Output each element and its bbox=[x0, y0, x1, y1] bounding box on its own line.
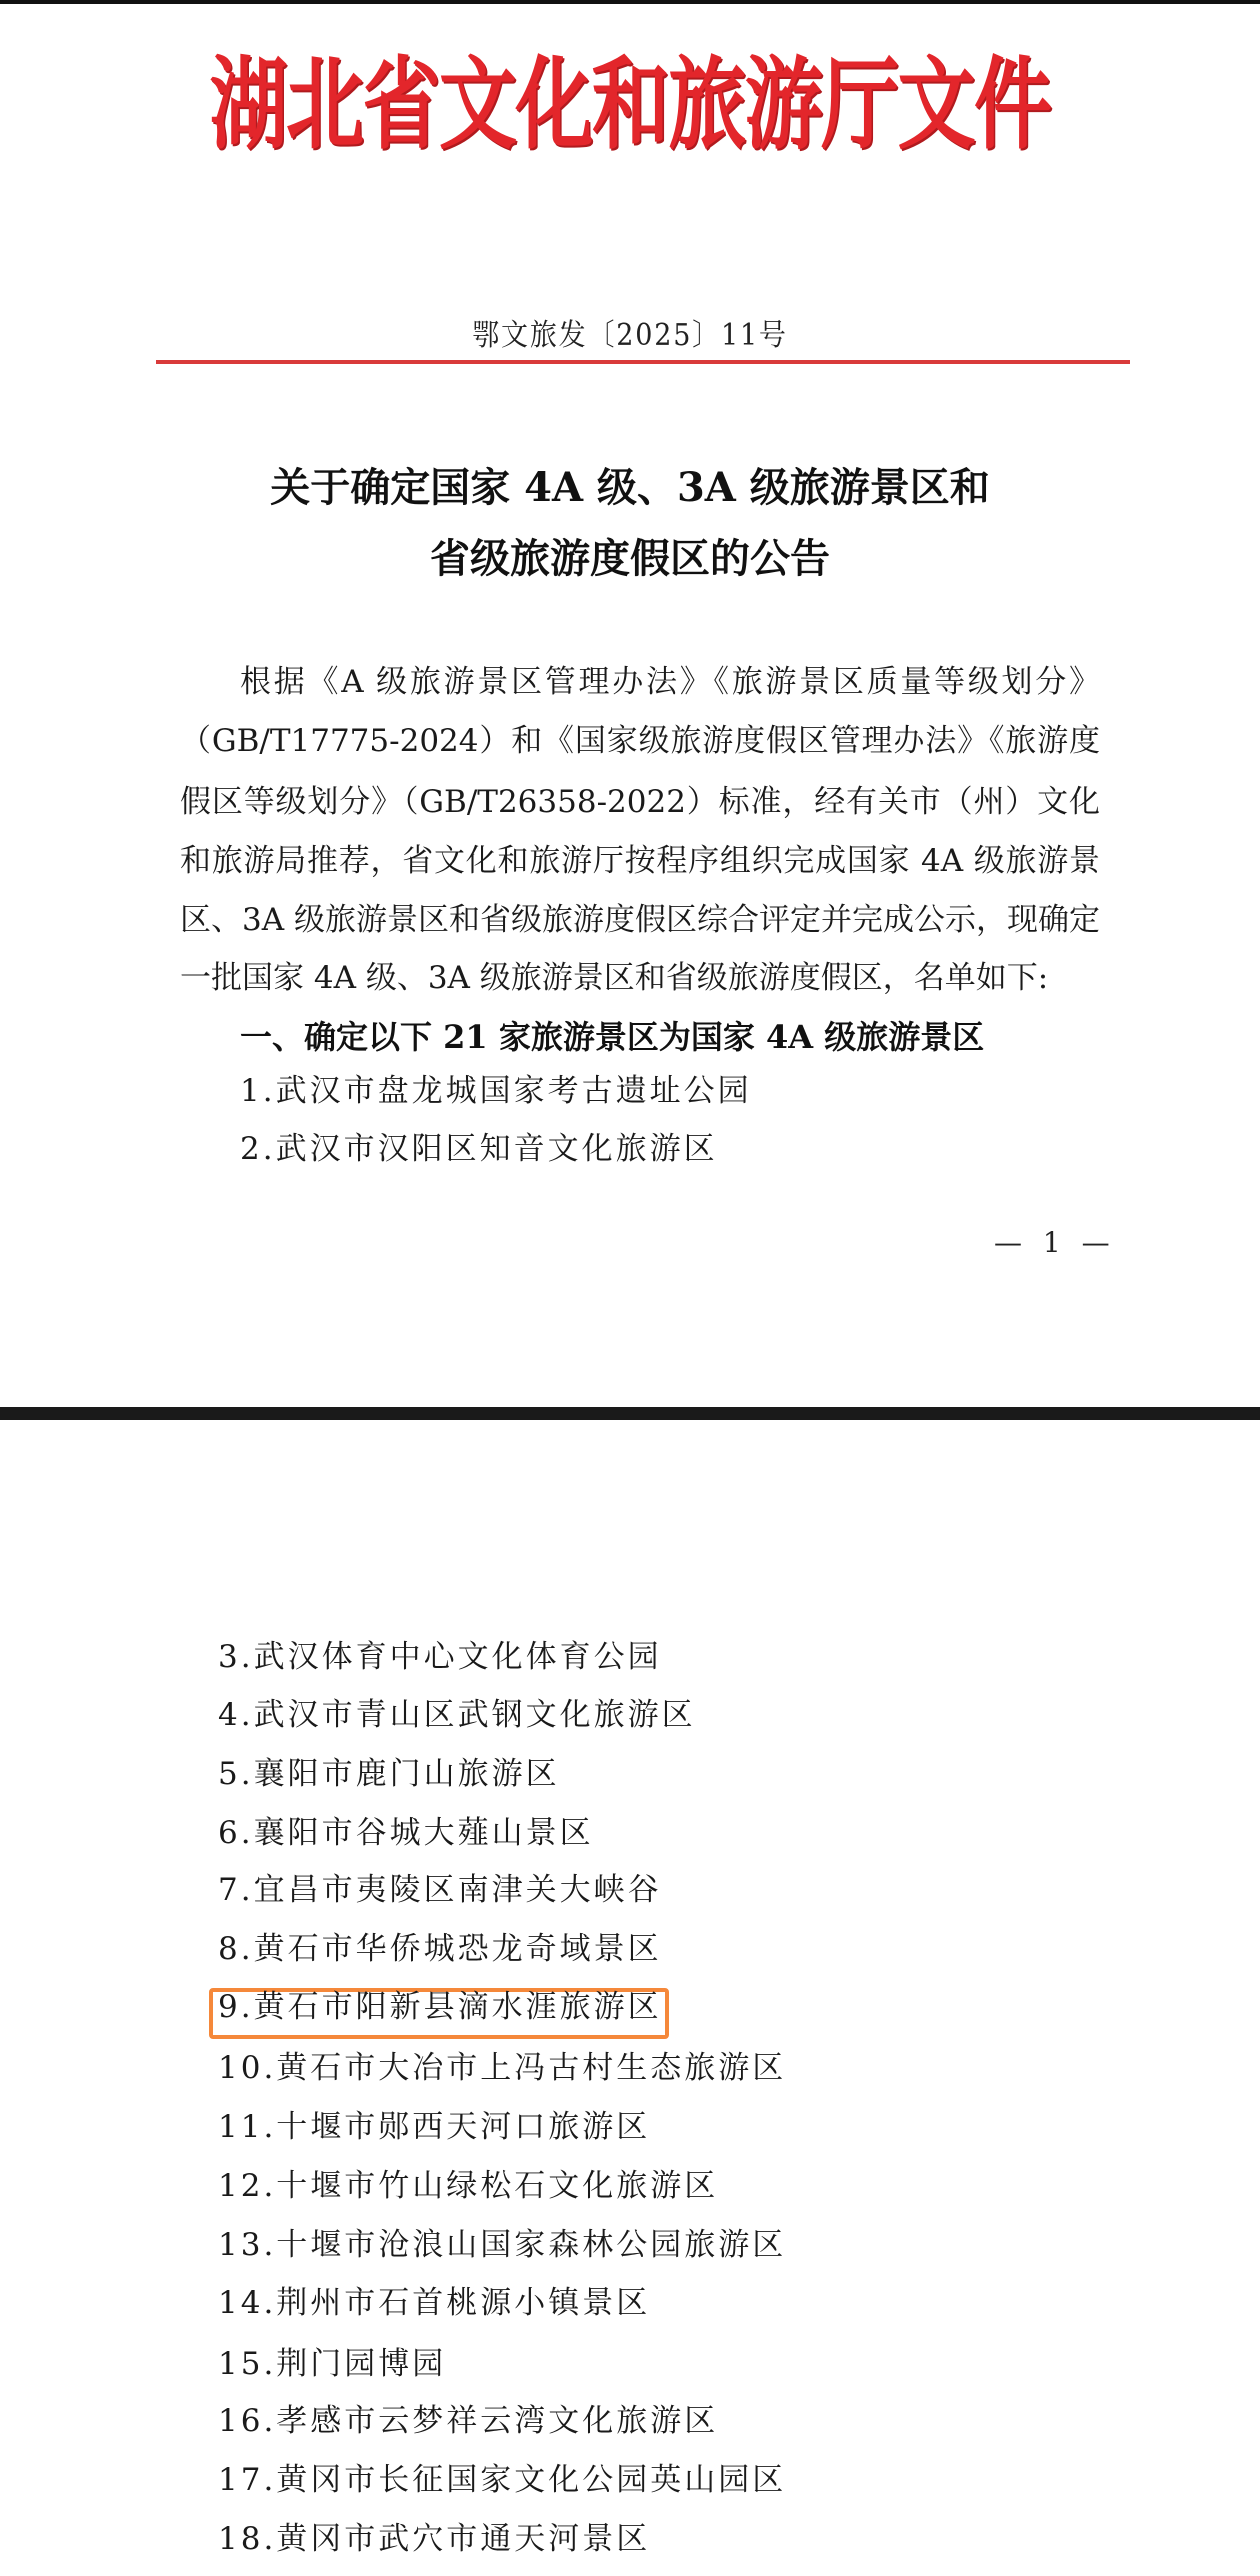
list-item: 14.荆州市石首桃源小镇景区 bbox=[218, 2281, 650, 2325]
list-item: 5.襄阳市鹿门山旅游区 bbox=[218, 1752, 560, 1796]
list-item: 17.黄冈市长征国家文化公园英山园区 bbox=[218, 2458, 786, 2502]
body-line: 和旅游局推荐，省文化和旅游厅按程序组织完成国家 4A 级旅游景 bbox=[180, 839, 1100, 883]
list-item: 12.十堰市竹山绿松石文化旅游区 bbox=[218, 2164, 718, 2208]
document-number: 鄂文旅发〔2025〕11号 bbox=[63, 316, 1197, 356]
list-item: 1.武汉市盘龙城国家考古遗址公园 bbox=[240, 1069, 752, 1113]
highlighted-list-item: 9.黄石市阳新县滴水涯旅游区 bbox=[218, 1985, 662, 2029]
section-heading: 一、确定以下 21 家旅游景区为国家 4A 级旅游景区 bbox=[240, 1015, 984, 1059]
body-line: 区、3A 级旅游景区和省级旅游度假区综合评定并完成公示，现确定 bbox=[180, 898, 1100, 942]
page-divider bbox=[0, 1407, 1260, 1420]
body-line: 假区等级划分》（GB/T26358-2022）标准，经有关市（州）文化 bbox=[180, 780, 1100, 824]
list-item: 3.武汉体育中心文化体育公园 bbox=[218, 1635, 662, 1679]
list-item: 13.十堰市沧浪山国家森林公园旅游区 bbox=[218, 2223, 786, 2267]
list-item: 10.黄石市大冶市上冯古村生态旅游区 bbox=[218, 2046, 786, 2090]
list-item: 7.宜昌市夷陵区南津关大峡谷 bbox=[218, 1868, 662, 1912]
notice-title-line-1: 关于确定国家 4A 级、3A 级旅游景区和 bbox=[0, 460, 1260, 516]
list-item: 16.孝感市云梦祥云湾文化旅游区 bbox=[218, 2399, 718, 2443]
body-line: 一批国家 4A 级、3A 级旅游景区和省级旅游度假区，名单如下: bbox=[180, 956, 1100, 1000]
list-item: 6.襄阳市谷城大薤山景区 bbox=[218, 1811, 594, 1855]
document-page-1: 湖北省文化和旅游厅文件 鄂文旅发〔2025〕11号 关于确定国家 4A 级、3A… bbox=[0, 4, 1260, 1407]
body-line: 根据《A 级旅游景区管理办法》《旅游景区质量等级划分》 bbox=[240, 660, 1100, 704]
page-number: — 1 — bbox=[994, 1221, 1116, 1265]
list-item: 15.荆门园博园 bbox=[218, 2342, 446, 2386]
list-item: 8.黄石市华侨城恐龙奇域景区 bbox=[218, 1927, 662, 1971]
list-item: 4.武汉市青山区武钢文化旅游区 bbox=[218, 1693, 696, 1737]
list-item: 2.武汉市汉阳区知音文化旅游区 bbox=[240, 1127, 718, 1171]
body-line: （GB/T17775-2024）和《国家级旅游度假区管理办法》《旅游度 bbox=[180, 719, 1100, 763]
red-separator-line bbox=[156, 360, 1130, 364]
notice-title-line-2: 省级旅游度假区的公告 bbox=[0, 531, 1260, 587]
header-title: 湖北省文化和旅游厅文件 bbox=[139, 44, 1122, 164]
list-item: 18.黄冈市武穴市通天河景区 bbox=[218, 2517, 650, 2561]
list-item: 11.十堰市郧西天河口旅游区 bbox=[218, 2105, 650, 2149]
